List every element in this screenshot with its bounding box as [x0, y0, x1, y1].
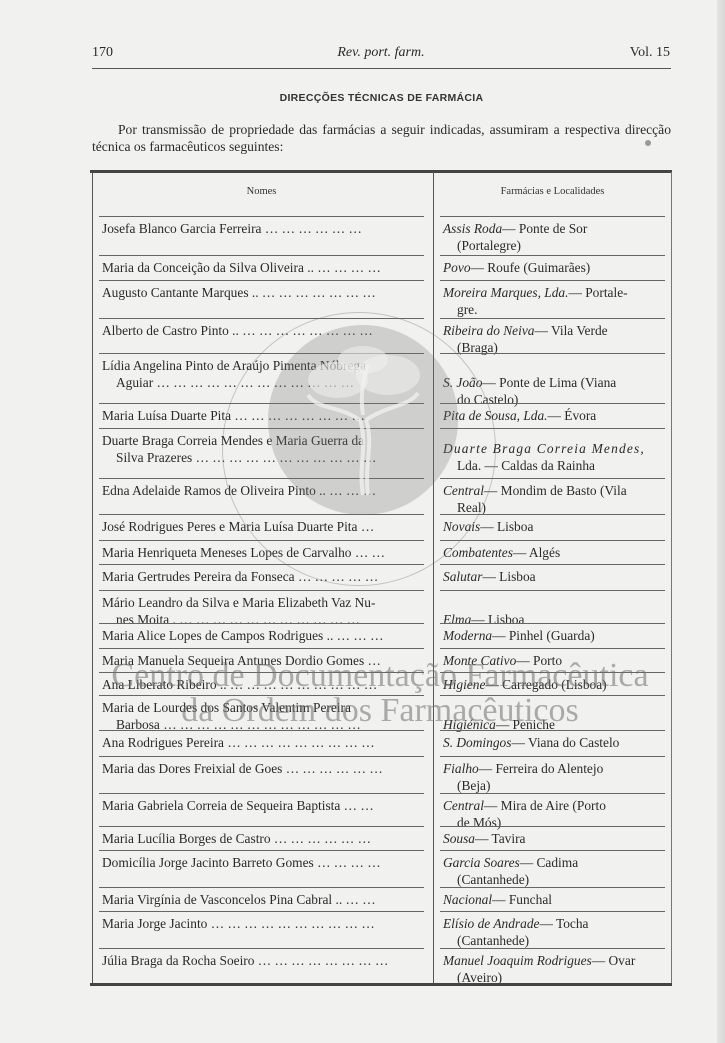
pharmacist-name-line: Josefa Blanco Garcia Ferreira … … … … … … [102, 220, 422, 237]
row-rule-pharmacies [440, 756, 665, 757]
watermark-line-1: Centro de Documentação Farmacêutica [95, 657, 665, 695]
pharmacy-location-cell: Salutar— Lisboa [443, 568, 665, 585]
pharmacy-name: Sousa [443, 831, 475, 846]
pharmacist-name-line: Maria Alice Lopes de Campos Rodrigues ..… [102, 627, 422, 644]
row-rule-pharmacies [440, 280, 665, 281]
pharmacist-name-line: Maria da Conceição da Silva Oliveira .. … [102, 259, 422, 276]
pharmacist-name-line: Júlia Braga da Rocha Soeiro … … … … … … … [102, 952, 422, 969]
pharmacy-location: — Tavira [475, 831, 526, 846]
pharmacist-name-line: Maria Lucília Borges de Castro … … … … …… [102, 830, 422, 847]
column-header-pharmacies: Farmácias e Localidades [440, 186, 665, 197]
row-rule-names [99, 216, 424, 217]
pharmacy-location-cell: Garcia Soares— Cadima(Cantanhede) [443, 854, 665, 888]
row-rule-pharmacies [440, 850, 665, 851]
pharmacist-name-line: Maria das Dores Freixial de Goes … … … …… [102, 760, 422, 777]
pharmacy-location: — Tocha [539, 916, 588, 931]
row-rule-pharmacies [440, 648, 665, 649]
pharmacist-name-cell: Maria das Dores Freixial de Goes … … … …… [102, 760, 422, 777]
pharmacy-name: S. Domingos [443, 735, 511, 750]
pharmacy-location: — Mondim de Basto (Vila [484, 483, 627, 498]
table-top-rule [90, 170, 672, 173]
row-rule-pharmacies [440, 216, 665, 217]
section-title: DIRECÇÕES TÉCNICAS DE FARMÁCIA [92, 92, 671, 104]
pharmacy-location: de Mós) [443, 815, 501, 830]
table-left-border [92, 172, 93, 984]
pharmacy-location: — Vila Verde [535, 323, 608, 338]
watermark-tree-emblem [268, 325, 458, 515]
pharmacy-location: — Lisboa [471, 612, 524, 627]
row-rule-names [99, 948, 424, 949]
pharmacy-location: (Beja) [443, 778, 490, 793]
pharmacy-name: Garcia Soares [443, 855, 520, 870]
running-head: 170 Rev. port. farm. Vol. 15 [92, 45, 670, 67]
pharmacy-location: — Lisboa [480, 519, 533, 534]
row-rule-names [99, 255, 424, 256]
row-rule-names [99, 590, 424, 591]
row-rule-names [99, 826, 424, 827]
table-bottom-rule [90, 983, 672, 986]
pharmacy-name: Elísio de Andrade [443, 916, 539, 931]
pharmacy-location: — Ovar [592, 953, 636, 968]
pharmacist-name-line: Maria Virgínia de Vasconcelos Pina Cabra… [102, 891, 422, 908]
pharmacy-location-cell: S. Domingos— Viana do Castelo [443, 734, 665, 751]
document-page: 170 Rev. port. farm. Vol. 15 DIRECÇÕES T… [0, 0, 725, 1043]
pharmacy-location: — Ponte de Lima (Viana [482, 375, 616, 390]
pharmacist-name-line: Augusto Cantante Marques .. … … … … … … … [102, 284, 422, 301]
row-rule-pharmacies [440, 730, 665, 731]
pharmacist-name-line: Maria Jorge Jacinto … … … … … … … … … … [102, 915, 422, 932]
pharmacy-location-cell: Elísio de Andrade— Tocha(Cantanhede) [443, 915, 665, 949]
pharmacy-location: (Cantanhede) [443, 872, 529, 887]
pharmacist-name-cell: Júlia Braga da Rocha Soeiro … … … … … … … [102, 952, 422, 969]
pharmacy-location: — Roufe (Guimarães) [471, 260, 591, 275]
intro-paragraph: Por transmissão de propriedade das farmá… [92, 121, 671, 155]
pharmacist-name-line: Domicília Jorge Jacinto Barreto Gomes … … [102, 854, 422, 871]
row-rule-pharmacies [440, 564, 665, 565]
pharmacy-name: Nacional [443, 892, 492, 907]
pharmacy-name: Manuel Joaquim Rodrigues [443, 953, 592, 968]
pharmacy-name: Central [443, 798, 484, 813]
pharmacy-location-cell: Nacional— Funchal [443, 891, 665, 908]
row-rule-pharmacies [440, 826, 665, 827]
column-header-names: Nomes [100, 186, 423, 197]
row-rule-pharmacies [440, 540, 665, 541]
pharmacy-name: Moreira Marques, Lda. [443, 285, 568, 300]
journal-title: Rev. port. farm. [92, 45, 670, 61]
pharmacist-name-cell: Josefa Blanco Garcia Ferreira … … … … … … [102, 220, 422, 237]
table-column-divider [433, 172, 434, 984]
page-edge [717, 0, 725, 1043]
row-rule-names [99, 850, 424, 851]
row-rule-pharmacies [440, 590, 665, 591]
row-rule-pharmacies [440, 887, 665, 888]
row-rule-pharmacies [440, 911, 665, 912]
pharmacy-location-cell: Combatentes— Algés [443, 544, 665, 561]
scan-speck [645, 140, 651, 146]
table-right-border [671, 172, 672, 984]
pharmacy-location-cell: Moreira Marques, Lda.— Portale-gre. [443, 284, 665, 318]
pharmacist-name-cell: Ana Rodrigues Pereira … … … … … … … … … [102, 734, 422, 751]
row-rule-pharmacies [440, 948, 665, 949]
pharmacy-location: — Mira de Aire (Porto [484, 798, 606, 813]
pharmacy-location-cell: Moderna— Pinhel (Guarda) [443, 627, 665, 644]
pharmacist-name-cell: Maria Jorge Jacinto … … … … … … … … … … [102, 915, 422, 932]
watermark-line-2: da Ordem dos Farmacêuticos [95, 692, 665, 730]
tree-icon [268, 325, 458, 515]
pharmacy-location: (Cantanhede) [443, 933, 529, 948]
pharmacy-location: — Algés [513, 545, 560, 560]
pharmacist-name-line: nes Moita . … … … … … … … … … … … [102, 611, 422, 628]
pharmacy-location: — Évora [548, 408, 597, 423]
row-rule-names [99, 756, 424, 757]
pharmacy-name: Fialho [443, 761, 479, 776]
pharmacy-location-cell: Sousa— Tavira [443, 830, 665, 847]
pharmacy-location-cell: Fialho— Ferreira do Alentejo(Beja) [443, 760, 665, 794]
pharmacist-name-cell: Domicília Jorge Jacinto Barreto Gomes … … [102, 854, 422, 871]
pharmacist-name-cell: Augusto Cantante Marques .. … … … … … … … [102, 284, 422, 301]
pharmacist-name-line: Maria Gabriela Correia de Sequeira Bapti… [102, 797, 422, 814]
pharmacy-location: — Cadima [520, 855, 578, 870]
pharmacy-location: — Lisboa [482, 569, 535, 584]
pharmacist-name-cell: Maria Lucília Borges de Castro … … … … …… [102, 830, 422, 847]
pharmacy-location: — Viana do Castelo [511, 735, 619, 750]
row-rule-pharmacies [440, 623, 665, 624]
pharmacy-location-cell: Assis Roda— Ponte de Sor(Portalegre) [443, 220, 665, 254]
row-rule-pharmacies [440, 255, 665, 256]
pharmacy-location: (Portalegre) [443, 238, 521, 253]
pharmacy-name: Elma [443, 612, 471, 627]
pharmacy-location: — Portale- [568, 285, 627, 300]
volume-label: Vol. 15 [630, 45, 670, 61]
row-rule-names [99, 280, 424, 281]
pharmacy-location-cell: Manuel Joaquim Rodrigues— Ovar(Aveiro) [443, 952, 665, 986]
pharmacy-name: Salutar [443, 569, 482, 584]
row-rule-names [99, 887, 424, 888]
pharmacy-location-cell: Povo— Roufe (Guimarães) [443, 259, 665, 276]
pharmacist-name-cell: Maria Alice Lopes de Campos Rodrigues ..… [102, 627, 422, 644]
row-rule-names [99, 730, 424, 731]
pharmacy-location-cell: Ribeira do Neiva— Vila Verde(Braga) [443, 322, 665, 356]
row-rule-names [99, 911, 424, 912]
pharmacy-location: gre. [443, 302, 477, 317]
pharmacy-location: — Pinhel (Guarda) [492, 628, 595, 643]
pharmacy-location-cell: Novais— Lisboa [443, 518, 665, 535]
pharmacist-name-cell: Maria Gabriela Correia de Sequeira Bapti… [102, 797, 422, 814]
row-rule-pharmacies [440, 353, 665, 354]
pharmacy-name: Assis Roda [443, 221, 502, 236]
row-rule-names [99, 623, 424, 624]
pharmacy-name: Povo [443, 260, 471, 275]
pharmacist-name-cell: Maria Virgínia de Vasconcelos Pina Cabra… [102, 891, 422, 908]
pharmacist-name-line: Mário Leandro da Silva e Maria Elizabeth… [102, 594, 422, 611]
row-rule-names [99, 648, 424, 649]
pharmacy-location: — Ponte de Sor [502, 221, 587, 236]
pharmacy-location-cell: Elma— Lisboa [443, 611, 665, 628]
row-rule-pharmacies [440, 793, 665, 794]
pharmacy-name: Moderna [443, 628, 492, 643]
row-rule-names [99, 793, 424, 794]
row-rule-pharmacies [440, 318, 665, 319]
pharmacy-location: — Ferreira do Alentejo [479, 761, 604, 776]
pharmacist-name-cell: Maria da Conceição da Silva Oliveira .. … [102, 259, 422, 276]
header-rule [92, 68, 671, 69]
pharmacist-name-line: Ana Rodrigues Pereira … … … … … … … … … [102, 734, 422, 751]
pharmacy-location: — Funchal [492, 892, 552, 907]
